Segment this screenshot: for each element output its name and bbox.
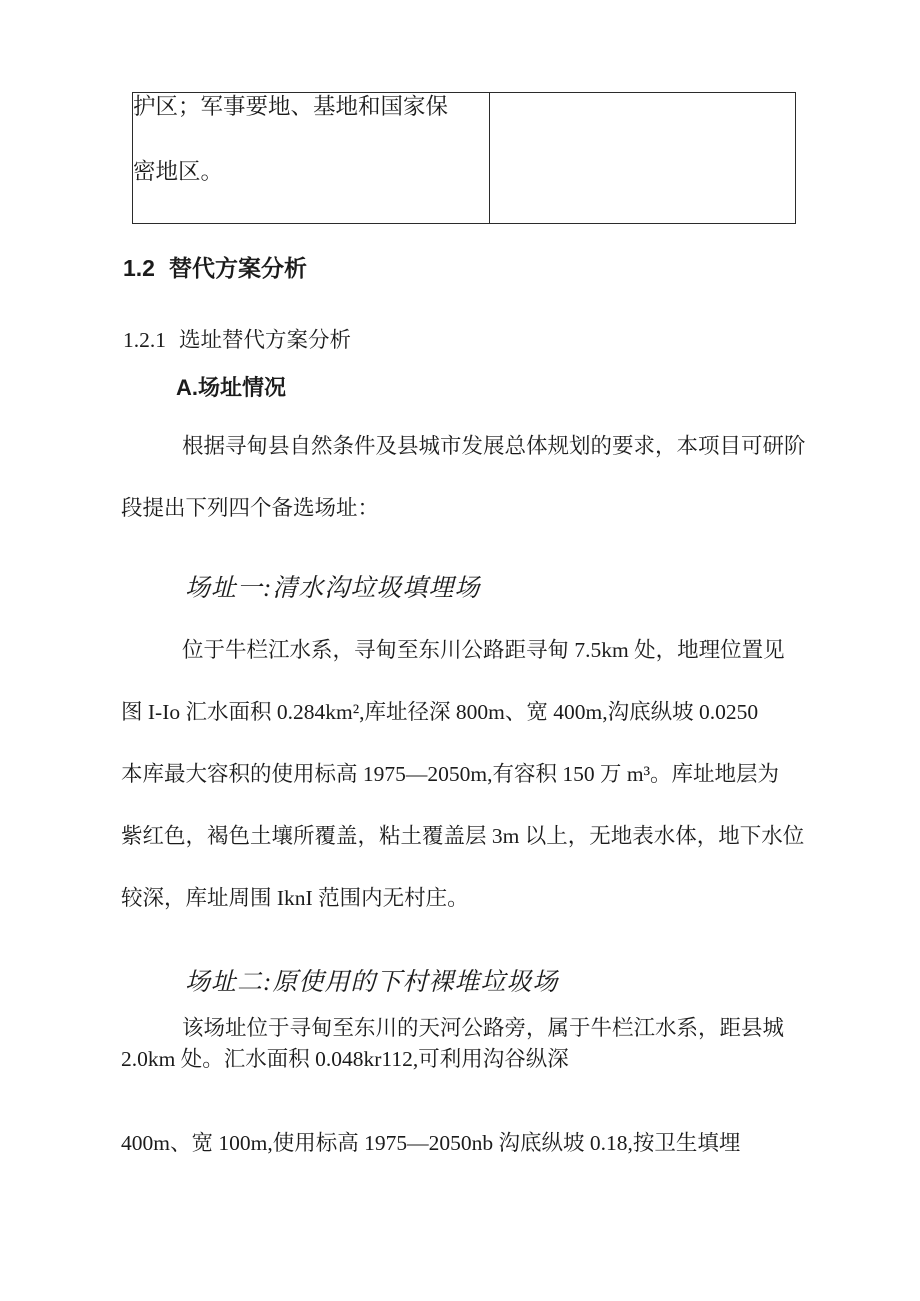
table-cell-right-empty	[490, 93, 796, 224]
text-line: 本库最大容积的使用标高 1975—2050m,有容积 150 万 m³。库址地层…	[121, 743, 811, 805]
site1-paragraph: 位于牛栏江水系，寻甸至东川公路距寻甸 7.5km 处，地理位置见 图 I-Io …	[121, 619, 811, 929]
table-cell-text-line: 密地区。	[133, 158, 489, 223]
section-number: 1.2	[123, 255, 155, 281]
table-row: 护区；军事要地、基地和国家保 密地区。	[133, 93, 796, 224]
document-page: 护区；军事要地、基地和国家保 密地区。 1.2替代方案分析 1.2.1选址替代方…	[0, 0, 920, 1301]
section-title: 替代方案分析	[169, 255, 307, 281]
site2-paragraph-bottom: 400m、宽 100m,使用标高 1975—2050nb 沟底纵坡 0.18,按…	[121, 1128, 811, 1159]
subsection-title: 选址替代方案分析	[179, 328, 351, 352]
criteria-table: 护区；军事要地、基地和国家保 密地区。	[132, 92, 796, 224]
text-line: 根据寻甸县自然条件及县城市发展总体规划的要求，本项目可研阶	[121, 415, 811, 477]
site2-heading: 场址二:原使用的下村裸堆垃圾场	[185, 966, 920, 1000]
site1-heading: 场址一:清水沟垃圾填埋场	[185, 572, 920, 606]
table-cell-left: 护区；军事要地、基地和国家保 密地区。	[133, 93, 490, 224]
text-line: 400m、宽 100m,使用标高 1975—2050nb 沟底纵坡 0.18,按…	[121, 1128, 811, 1159]
text-line: 2.0km 处。汇水面积 0.048kr112,可利用沟谷纵深	[121, 1044, 811, 1075]
text-line: 段提出下列四个备选场址：	[121, 477, 811, 539]
text-line: 位于牛栏江水系，寻甸至东川公路距寻甸 7.5km 处，地理位置见	[121, 619, 811, 681]
intro-paragraph: 根据寻甸县自然条件及县城市发展总体规划的要求，本项目可研阶 段提出下列四个备选场…	[121, 415, 811, 539]
subsection-heading: 1.2.1选址替代方案分析	[123, 326, 920, 354]
section-heading: 1.2替代方案分析	[123, 254, 920, 282]
table-cell-text-line: 护区；军事要地、基地和国家保	[133, 93, 489, 158]
subsub-heading: A.场址情况	[176, 374, 920, 402]
text-line: 紫红色，褐色土壤所覆盖，粘土覆盖层 3m 以上，无地表水体，地下水位	[121, 805, 811, 867]
text-line: 较深，库址周围 IknI 范围内无村庄。	[121, 867, 811, 929]
subsection-number: 1.2.1	[123, 328, 166, 352]
text-line: 该场址位于寻甸至东川的天河公路旁，属于牛栏江水系，距县城	[121, 1013, 811, 1044]
text-line: 图 I-Io 汇水面积 0.284km²,库址径深 800m、宽 400m,沟底…	[121, 681, 811, 743]
site2-paragraph-top: 该场址位于寻甸至东川的天河公路旁，属于牛栏江水系，距县城 2.0km 处。汇水面…	[121, 1013, 811, 1075]
